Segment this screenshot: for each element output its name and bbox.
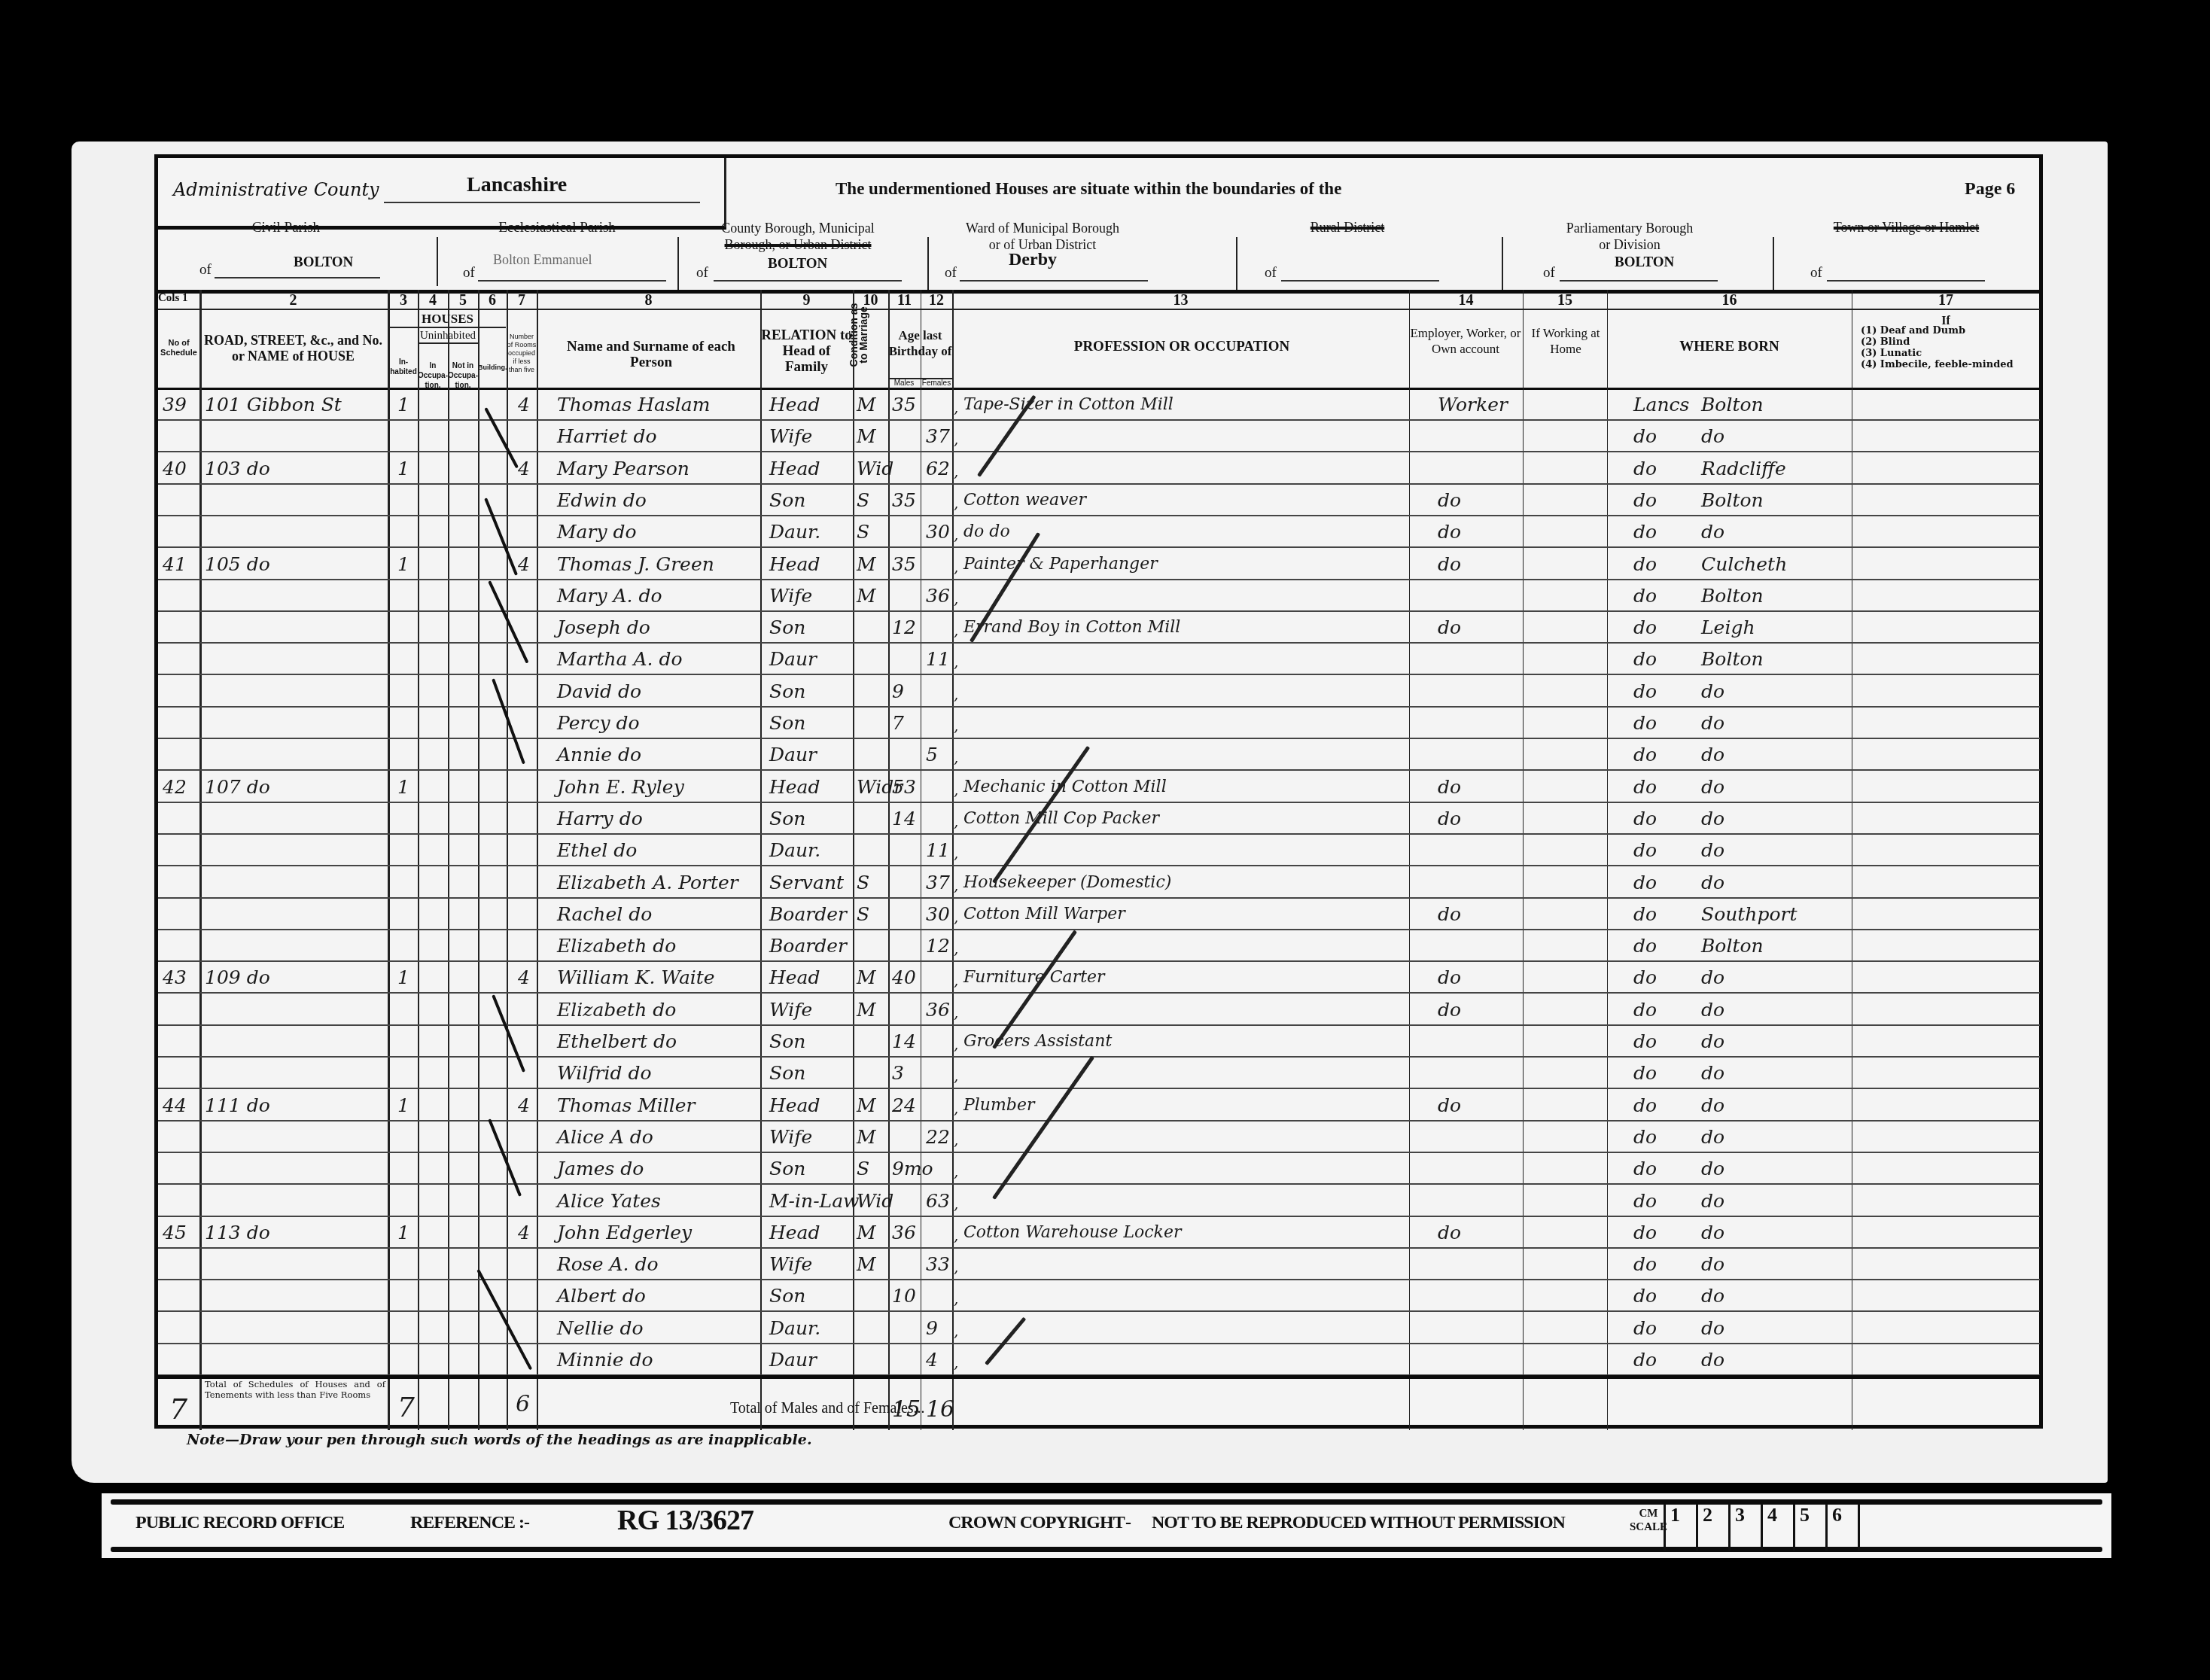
table-row: 40103 do14Mary PearsonHeadWid62doRadclif…: [158, 452, 2040, 483]
underline: [714, 280, 902, 282]
birthplace-county: do: [1633, 929, 1657, 960]
age-male: 36: [892, 1216, 916, 1247]
tick-mark: ,: [954, 430, 958, 448]
birthplace-town: do: [1701, 1247, 1724, 1279]
table-row: Annie doDaur5dodo,: [158, 738, 2040, 769]
birthplace-county: do: [1633, 610, 1657, 642]
county-borough-value: BOLTON: [768, 256, 827, 272]
females-total: 16: [926, 1396, 954, 1423]
age-female: 37: [926, 866, 950, 897]
relation-to-head: Son: [769, 1279, 805, 1310]
relation-to-head: Head: [769, 452, 820, 483]
birthplace-town: do: [1701, 1343, 1724, 1374]
tick-mark: ,: [954, 908, 958, 926]
age-male: 7: [892, 706, 904, 738]
table-row: Mary doDaur.S30do dodododo,: [158, 515, 2040, 546]
ecclesiastical-parish-value: Bolton Emmanuel: [493, 252, 592, 268]
birthplace-town: Bolton: [1701, 642, 1764, 674]
tick-mark: ,: [954, 558, 958, 576]
address: 101 Gibbon St: [205, 388, 342, 419]
county-borough-label: County Borough, Municipal Borough, or Ur…: [681, 220, 915, 253]
tick-mark: ,: [954, 621, 958, 639]
birthplace-town: do: [1701, 419, 1724, 451]
scale-mark-3: 3: [1728, 1504, 1757, 1551]
parliamentary-label-line2: or Division: [1599, 237, 1661, 252]
birthplace-town: do: [1701, 960, 1724, 992]
col1-header: No of Schedule: [158, 339, 199, 358]
of-label: of: [463, 265, 475, 282]
footer-permission: NOT TO BE REPRODUCED WITHOUT PERMISSION: [1152, 1513, 1565, 1533]
person-name: Mary Pearson: [557, 452, 689, 483]
birthplace-town: Bolton: [1701, 579, 1764, 610]
birthplace-town: do: [1701, 674, 1724, 706]
relation-to-head: Head: [769, 388, 820, 419]
birthplace-county: do: [1633, 770, 1657, 802]
address: 107 do: [205, 770, 270, 802]
table-row: Mary A. doWifeM36doBolton,: [158, 579, 2040, 610]
birthplace-county: do: [1633, 993, 1657, 1024]
relation-to-head: Wife: [769, 419, 812, 451]
employment-status: do: [1438, 515, 1461, 546]
tick-mark: ,: [954, 1099, 958, 1117]
scale-label: SCALE: [1630, 1520, 1667, 1534]
col3-header: In-habited: [389, 358, 418, 377]
column-number-1: Cols 1: [158, 292, 199, 305]
inhabited-count: 1: [397, 388, 409, 419]
person-name: Albert do: [557, 1279, 646, 1310]
table-row: 42107 do1John E. RyleyHeadWidr53Mechanic…: [158, 770, 2040, 802]
birthplace-town: do: [1701, 1216, 1724, 1247]
occupation: do do: [963, 515, 1010, 546]
schedules-total-label: Total of Schedules of Houses and of Tene…: [205, 1379, 385, 1400]
town-village-label: Town or Village or Hamlet: [1776, 220, 2036, 236]
person-name: Minnie do: [557, 1343, 653, 1374]
ecclesiastical-parish-label: Ecclesiastical Parish: [440, 220, 674, 236]
occupation: Errand Boy in Cotton Mill: [963, 610, 1180, 642]
relation-to-head: M-in-Law: [769, 1184, 860, 1216]
age-female: 11: [926, 833, 950, 865]
relation-to-head: Daur: [769, 738, 817, 769]
rural-district-label: Rural District: [1242, 220, 1453, 236]
age-female: 36: [926, 579, 950, 610]
birthplace-town: do: [1701, 1184, 1724, 1216]
tick-mark: ,: [954, 1067, 958, 1085]
table-row: Edwin doSonS35Cotton weaverdodoBolton,: [158, 483, 2040, 515]
tick-mark: ,: [954, 1162, 958, 1180]
marital-condition: Wid: [857, 1184, 893, 1216]
birthplace-town: Radcliffe: [1701, 452, 1786, 483]
relation-to-head: Head: [769, 960, 820, 992]
page-label: Page 6: [1965, 179, 2015, 199]
address: 111 do: [205, 1088, 270, 1120]
person-name: Annie do: [557, 738, 641, 769]
ward-label: Ward of Municipal Borough or of Urban Di…: [930, 220, 1155, 253]
age-female: 11: [926, 642, 950, 674]
person-name: Thomas J. Green: [557, 547, 714, 579]
age-female: 30: [926, 515, 950, 546]
rooms-count: 4: [518, 1216, 530, 1247]
table-row: Nellie doDaur.9dodo,: [158, 1311, 2040, 1343]
birthplace-county: do: [1633, 960, 1657, 992]
column-number-2: 2: [201, 292, 385, 309]
person-name: Joseph do: [557, 610, 650, 642]
age-female: 62: [926, 452, 950, 483]
age-female: 63: [926, 1184, 950, 1216]
relation-to-head: Son: [769, 483, 805, 515]
tick-mark: ,: [954, 1322, 958, 1340]
column-number-15: 15: [1523, 292, 1607, 309]
tick-mark: ,: [954, 685, 958, 703]
birthplace-county: do: [1633, 547, 1657, 579]
relation-to-head: Daur.: [769, 1311, 820, 1343]
ward-label-line1: Ward of Municipal Borough: [966, 221, 1119, 236]
county-borough-label-line1: County Borough, Municipal: [721, 221, 875, 236]
marital-condition: M: [857, 579, 876, 610]
inhabited-count: 1: [397, 770, 409, 802]
marital-condition: M: [857, 1088, 876, 1120]
person-name: William K. Waite: [557, 960, 715, 992]
person-name: Harriet do: [557, 419, 656, 451]
rooms-count: 4: [518, 388, 530, 419]
divider: [158, 309, 2040, 310]
ward-value: Derby: [1009, 250, 1057, 270]
col16-header: WHERE BORN: [1607, 339, 1852, 355]
relation-to-head: Servant: [769, 866, 844, 897]
relation-to-head: Wife: [769, 993, 812, 1024]
table-row: David doSon9dodo,: [158, 674, 2040, 706]
person-name: Alice A do: [557, 1120, 653, 1152]
of-label: of: [199, 262, 212, 278]
divider: [1502, 237, 1503, 290]
relation-to-head: Head: [769, 1216, 820, 1247]
marital-condition: M: [857, 960, 876, 992]
marital-condition: S: [857, 897, 869, 929]
birthplace-town: do: [1701, 1056, 1724, 1088]
table-row: Harry doSon14Cotton Mill Cop Packerdodod…: [158, 802, 2040, 833]
person-name: Edwin do: [557, 483, 647, 515]
person-name: Mary do: [557, 515, 637, 546]
occupation: Painter & Paperhanger: [963, 547, 1158, 579]
marital-condition: Wid: [857, 452, 893, 483]
occupation: Cotton Mill Cop Packer: [963, 802, 1159, 833]
relation-to-head: Head: [769, 770, 820, 802]
birthplace-town: do: [1701, 1088, 1724, 1120]
admin-county-label: Administrative County: [173, 179, 379, 200]
column-number-3: 3: [389, 292, 418, 309]
column-number-13: 13: [952, 292, 1409, 309]
person-name: Percy do: [557, 706, 640, 738]
parliamentary-label-line1: Parliamentary Borough: [1566, 221, 1693, 236]
table-row: Wilfrid doSon3dodo,: [158, 1056, 2040, 1088]
birthplace-town: do: [1701, 706, 1724, 738]
scale-mark-1: 1: [1664, 1504, 1692, 1551]
table-row: 43109 do14William K. WaiteHeadM40Furnitu…: [158, 960, 2040, 992]
birthplace-town: do: [1701, 833, 1724, 865]
birthplace-county: do: [1633, 897, 1657, 929]
birthplace-county: do: [1633, 706, 1657, 738]
birthplace-county: Lancs: [1633, 388, 1689, 419]
address: 113 do: [205, 1216, 270, 1247]
table-row: Rachel doBoarderS30Cotton Mill Warperdod…: [158, 897, 2040, 929]
tick-mark: ,: [954, 717, 958, 735]
underline: [215, 277, 380, 278]
birthplace-county: do: [1633, 1216, 1657, 1247]
birthplace-town: do: [1701, 738, 1724, 769]
tick-mark: ,: [954, 748, 958, 766]
marital-condition: M: [857, 1216, 876, 1247]
birthplace-town: do: [1701, 993, 1724, 1024]
table-row: Harriet doWifeM37dodo,: [158, 419, 2040, 451]
table-row: Albert doSon10dodo,: [158, 1279, 2040, 1310]
admin-county-value: Lancashire: [467, 173, 567, 197]
table-row: Elizabeth doBoarder12doBolton,: [158, 929, 2040, 960]
address: 105 do: [205, 547, 270, 579]
divider: [437, 237, 438, 286]
person-name: Thomas Miller: [557, 1088, 696, 1120]
cm-scale-label: CM SCALE: [1630, 1507, 1667, 1534]
inhabited-count: 1: [397, 1088, 409, 1120]
birthplace-county: do: [1633, 1120, 1657, 1152]
col2-header: ROAD, STREET, &c., and No. or NAME of HO…: [201, 333, 385, 364]
tick-mark: ,: [954, 1226, 958, 1244]
birthplace-town: do: [1701, 1120, 1724, 1152]
condition-lunatic: (3) Lunatic: [1861, 348, 2014, 359]
underline: [960, 280, 1148, 282]
tick-mark: ,: [954, 653, 958, 671]
relation-to-head: Boarder: [769, 929, 847, 960]
age-male: 24: [892, 1088, 916, 1120]
person-name: Thomas Haslam: [557, 388, 710, 419]
schedule-number: 40: [163, 452, 187, 483]
employment-status: do: [1438, 1216, 1461, 1247]
civil-parish-label: Civil Parish: [173, 220, 399, 236]
table-row: Rose A. doWifeM33dodo,: [158, 1247, 2040, 1279]
scale-mark-2: 2: [1696, 1504, 1724, 1551]
birthplace-county: do: [1633, 1088, 1657, 1120]
occupation: Plumber: [963, 1088, 1035, 1120]
age-female: 33: [926, 1247, 950, 1279]
occupation: Mechanic in Cotton Mill: [963, 770, 1167, 802]
rooms-count: 4: [518, 1088, 530, 1120]
column-number-11: 11: [888, 292, 921, 309]
birthplace-town: Culcheth: [1701, 547, 1787, 579]
table-row: Alice A doWifeM22dodo,: [158, 1120, 2040, 1152]
underline: [1827, 280, 1985, 282]
person-name: Rachel do: [557, 897, 652, 929]
marital-condition: M: [857, 547, 876, 579]
relation-to-head: Daur: [769, 642, 817, 674]
scale-end: [1858, 1504, 1886, 1551]
age-female: 12: [926, 929, 950, 960]
birthplace-county: do: [1633, 1056, 1657, 1088]
table-row: Minnie doDaur4dodo,: [158, 1343, 2040, 1374]
of-label: of: [1265, 265, 1277, 282]
age-male: 40: [892, 960, 916, 992]
birthplace-county: do: [1633, 1343, 1657, 1374]
col15-header: If Working at Home: [1524, 325, 1607, 357]
tick-mark: ,: [954, 525, 958, 543]
rooms-total: 6: [516, 1391, 530, 1417]
col8-header: Name and Surname of each Person: [549, 339, 753, 370]
condition-deaf-dumb: (1) Deaf and Dumb: [1861, 325, 2014, 336]
note-text: Draw your pen through such words of the …: [239, 1432, 812, 1448]
column-number-14: 14: [1409, 292, 1523, 309]
person-name: Elizabeth A. Porter: [557, 866, 738, 897]
marital-condition: M: [857, 1247, 876, 1279]
tick-mark: ,: [954, 1353, 958, 1371]
divider: [677, 237, 679, 290]
scale-mark-5: 5: [1793, 1504, 1822, 1551]
table-row: Elizabeth A. PorterServantS37Housekeeper…: [158, 866, 2040, 897]
parliamentary-borough-value: BOLTON: [1615, 254, 1674, 271]
intro-text: The undermentioned Houses are situate wi…: [836, 179, 1341, 199]
table-row: Ethel doDaur.11dodo,: [158, 833, 2040, 865]
scale-mark-4: 4: [1761, 1504, 1789, 1551]
birthplace-town: do: [1701, 1279, 1724, 1310]
employment-status: do: [1438, 993, 1461, 1024]
inhabited-count: 1: [397, 452, 409, 483]
parliamentary-borough-label: Parliamentary Borough or Division: [1505, 220, 1754, 253]
birthplace-county: do: [1633, 1247, 1657, 1279]
tick-mark: ,: [954, 462, 958, 480]
birthplace-county: do: [1633, 579, 1657, 610]
table-row: 45113 do14John EdgerleyHeadM36Cotton War…: [158, 1216, 2040, 1247]
employment-status: do: [1438, 483, 1461, 515]
age-female: 37: [926, 419, 950, 451]
relation-to-head: Son: [769, 1024, 805, 1056]
condition-blind: (2) Blind: [1861, 336, 2014, 348]
relation-to-head: Daur.: [769, 833, 820, 865]
birthplace-town: do: [1701, 515, 1724, 546]
birthplace-county: do: [1633, 1152, 1657, 1183]
column-number-9: 9: [760, 292, 853, 309]
person-name: David do: [557, 674, 641, 706]
rooms-count: 4: [518, 452, 530, 483]
person-name: Elizabeth do: [557, 993, 676, 1024]
col7-header: Number of Rooms occupied if less than fi…: [507, 333, 537, 374]
employment-status: do: [1438, 770, 1461, 802]
age-female: 30: [926, 897, 950, 929]
table-row: Percy doSon7dodo,: [158, 706, 2040, 738]
tick-mark: ,: [954, 939, 958, 957]
age-female: 36: [926, 993, 950, 1024]
tick-mark: ,: [954, 494, 958, 512]
underline: [1281, 280, 1439, 282]
table-row: 39101 Gibbon St14Thomas HaslamHeadM35Tap…: [158, 388, 2040, 419]
person-name: Ethelbert do: [557, 1024, 677, 1056]
table-row: James doSonS9mododo,: [158, 1152, 2040, 1183]
birthplace-county: do: [1633, 738, 1657, 769]
relation-to-head: Son: [769, 674, 805, 706]
of-label: of: [696, 265, 708, 282]
column-number-5: 5: [448, 292, 478, 309]
marital-condition: M: [857, 419, 876, 451]
birthplace-town: do: [1701, 802, 1724, 833]
person-name: John Edgerley: [557, 1216, 692, 1247]
col17-conditions-list: (1) Deaf and Dumb (2) Blind (3) Lunatic …: [1861, 325, 2014, 370]
col9-header: RELATION to Head of Family: [760, 327, 853, 375]
birthplace-county: do: [1633, 1311, 1657, 1343]
tick-mark: ,: [954, 1289, 958, 1307]
schedule-number: 43: [163, 960, 187, 992]
employment-status: do: [1438, 960, 1461, 992]
relation-to-head: Son: [769, 802, 805, 833]
birthplace-town: do: [1701, 770, 1724, 802]
age-male: 9mo: [892, 1152, 933, 1183]
footer-copyright: CROWN COPYRIGHT: [948, 1513, 1125, 1533]
employment-status: do: [1438, 802, 1461, 833]
employment-status: do: [1438, 1088, 1461, 1120]
marital-condition: M: [857, 993, 876, 1024]
relation-to-head: Son: [769, 1152, 805, 1183]
employment-status: do: [1438, 897, 1461, 929]
county-borough-label-line2: Borough, or Urban District: [725, 237, 872, 252]
person-name: Nellie do: [557, 1311, 643, 1343]
col10-header: Condition as to Marriage: [849, 297, 869, 373]
schedule-number: 45: [163, 1216, 187, 1247]
age-male: 12: [892, 610, 916, 642]
condition-imbecile: (4) Imbecile, feeble-minded: [1861, 359, 2014, 370]
person-name: John E. Ryley: [557, 770, 684, 802]
relation-to-head: Head: [769, 1088, 820, 1120]
birthplace-town: do: [1701, 1024, 1724, 1056]
inhabited-count: 1: [397, 547, 409, 579]
admin-county-underline: [384, 202, 700, 203]
employment-status: do: [1438, 610, 1461, 642]
marital-condition: S: [857, 515, 869, 546]
relation-to-head: Head: [769, 547, 820, 579]
age-female: 22: [926, 1120, 950, 1152]
person-name: Wilfrid do: [557, 1056, 651, 1088]
census-form: Administrative County Lancashire The und…: [154, 154, 2043, 1429]
divider: [1773, 237, 1774, 290]
of-label: of: [1543, 265, 1555, 282]
age-male: 10: [892, 1279, 916, 1310]
tick-mark: ,: [954, 971, 958, 989]
col5-header: Not in Occupa-tion.: [448, 361, 478, 391]
relation-to-head: Daur.: [769, 515, 820, 546]
tick-mark: ,: [954, 1131, 958, 1149]
tick-mark: ,: [954, 1003, 958, 1021]
rooms-count: 4: [518, 960, 530, 992]
age-male: 9: [892, 674, 904, 706]
tick-mark: ,: [954, 1035, 958, 1053]
table-row: Martha A. doDaur11doBolton,: [158, 642, 2040, 674]
person-name: James do: [557, 1152, 644, 1183]
address: 103 do: [205, 452, 270, 483]
rooms-count: 4: [518, 547, 530, 579]
of-label: of: [1810, 265, 1822, 282]
birthplace-county: do: [1633, 419, 1657, 451]
tick-mark: ,: [954, 844, 958, 862]
tick-mark: ,: [954, 812, 958, 830]
person-name: Martha A. do: [557, 642, 682, 674]
relation-to-head: Wife: [769, 1120, 812, 1152]
age-male: 14: [892, 1024, 916, 1056]
birthplace-town: Bolton: [1701, 388, 1764, 419]
form-note: Note—Draw your pen through such words of…: [187, 1432, 812, 1448]
birthplace-county: do: [1633, 452, 1657, 483]
of-label: of: [945, 265, 957, 282]
schedule-number: 41: [163, 547, 187, 579]
schedule-number: 42: [163, 770, 187, 802]
divider: [927, 237, 929, 290]
tick-mark: ,: [954, 1195, 958, 1213]
age-male: 35: [892, 483, 916, 515]
column-number-16: 16: [1607, 292, 1852, 309]
table-row: 44111 do14Thomas MillerHeadM24Plumberdod…: [158, 1088, 2040, 1120]
tick-mark: ,: [954, 781, 958, 799]
